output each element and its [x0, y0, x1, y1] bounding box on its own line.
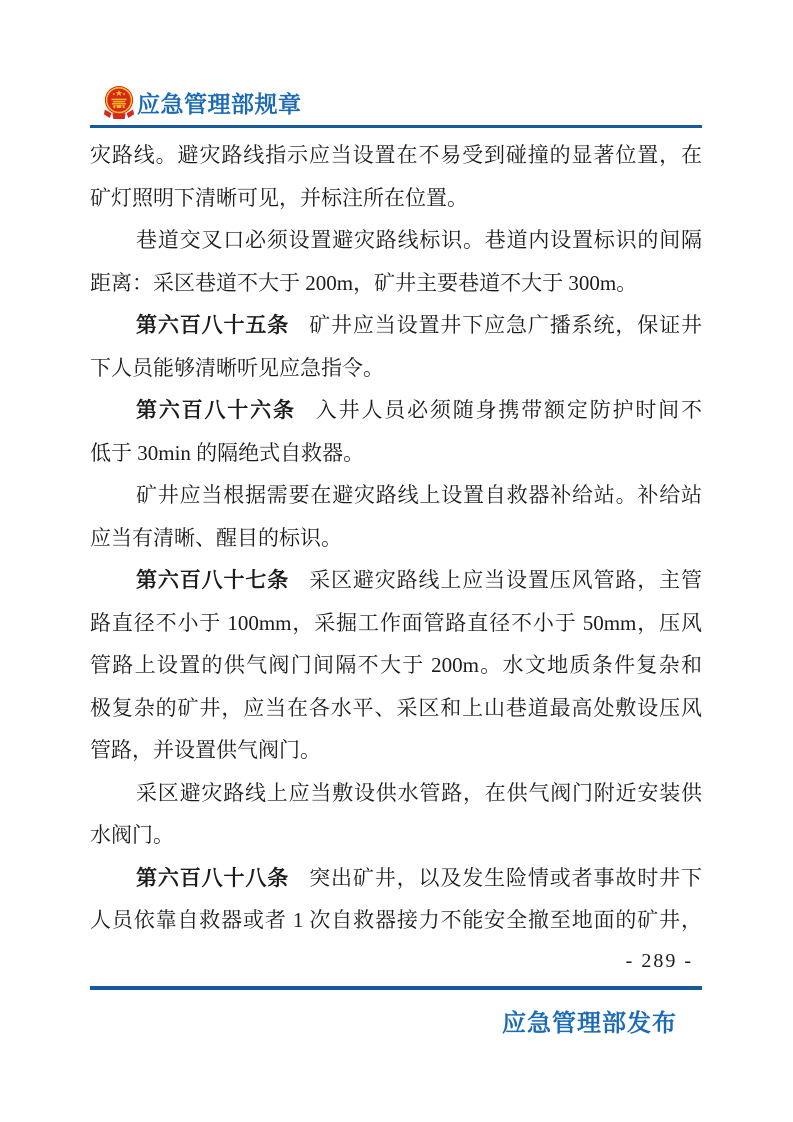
body-line: 低于 30min 的隔绝式自救器。 [90, 432, 702, 475]
article-number: 第六百八十五条 [136, 314, 289, 337]
article-number: 第六百八十七条 [136, 569, 289, 592]
body-line: 矿井应当根据需要在避灾路线上设置自救器补给站。补给站 [90, 474, 702, 517]
article-text: 入井人员必须随身携带额定防护时间不 [316, 398, 702, 422]
article-text: 采区避灾路线上应当设置压风管路，主管 [309, 568, 702, 592]
page-number: - 289 - [626, 950, 693, 973]
body-line: 距离：采区巷道不大于 200m，矿井主要巷道不大于 300m。 [90, 262, 702, 305]
body-line: 管路上设置的供气阀门间隔不大于 200m。水文地质条件复杂和 [90, 644, 702, 687]
body-line: 应当有清晰、醒目的标识。 [90, 517, 702, 560]
footer-rule [90, 986, 702, 990]
body-line: 第六百八十五条矿井应当设置井下应急广播系统，保证井 [90, 304, 702, 347]
article-text: 突出矿井，以及发生险情或者事故时井下 [309, 866, 702, 890]
body-line: 第六百八十八条突出矿井，以及发生险情或者事故时井下 [90, 857, 702, 900]
body-line: 极复杂的矿井，应当在各水平、采区和上山巷道最高处敷设压风 [90, 687, 702, 730]
article-number: 第六百八十八条 [136, 867, 289, 890]
body-line: 采区避灾路线上应当敷设供水管路，在供气阀门附近安装供 [90, 772, 702, 815]
body-line: 下人员能够清晰听见应急指令。 [90, 347, 702, 390]
national-emblem-icon [103, 85, 135, 119]
body-line: 巷道交叉口必须设置避灾路线标识。巷道内设置标识的间隔 [90, 219, 702, 262]
body-line: 水阀门。 [90, 814, 702, 857]
header-rule [90, 125, 702, 128]
publisher-label: 应急管理部发布 [502, 1003, 677, 1038]
document-page: 应急管理部规章 灾路线。避灾路线指示应当设置在不易受到碰撞的显著位置，在矿灯照明… [0, 0, 793, 1122]
page-header: 应急管理部规章 [103, 84, 302, 120]
body-line: 人员依靠自救器或者 1 次自救器接力不能安全撤至地面的矿井， [90, 899, 702, 942]
regulation-body: 灾路线。避灾路线指示应当设置在不易受到碰撞的显著位置，在矿灯照明下清晰可见，并标… [90, 134, 702, 942]
header-title: 应急管理部规章 [137, 86, 302, 119]
body-line: 管路，并设置供气阀门。 [90, 729, 702, 772]
body-line: 第六百八十七条采区避灾路线上应当设置压风管路，主管 [90, 559, 702, 602]
body-line: 灾路线。避灾路线指示应当设置在不易受到碰撞的显著位置，在 [90, 134, 702, 177]
body-line: 第六百八十六条入井人员必须随身携带额定防护时间不 [90, 389, 702, 432]
body-line: 路直径不小于 100mm，采掘工作面管路直径不小于 50mm，压风 [90, 602, 702, 645]
article-number: 第六百八十六条 [136, 399, 296, 422]
body-line: 矿灯照明下清晰可见，并标注所在位置。 [90, 177, 702, 220]
article-text: 矿井应当设置井下应急广播系统，保证井 [309, 313, 702, 337]
